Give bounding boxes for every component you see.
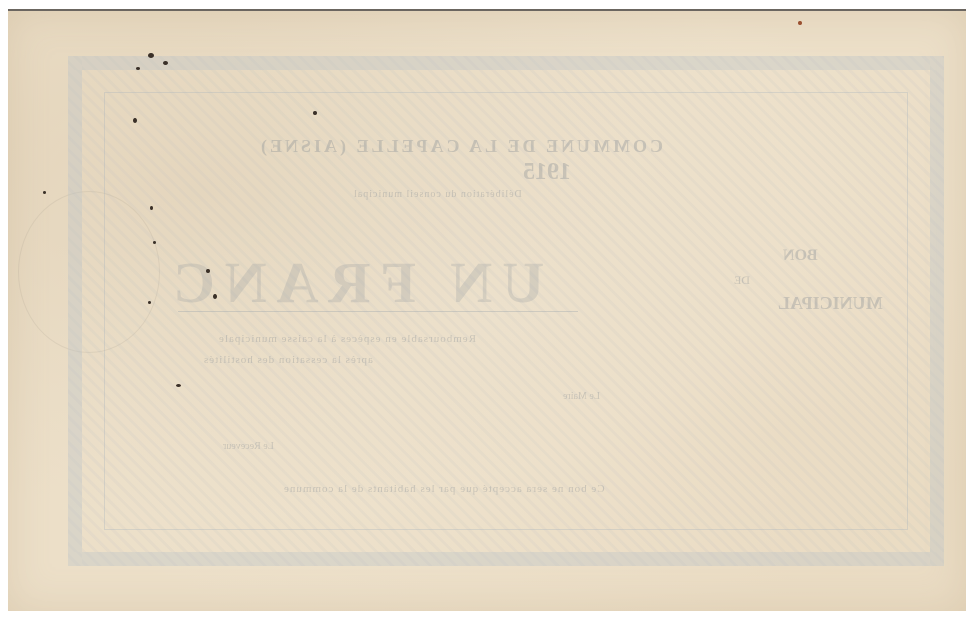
foxing-spot [150, 206, 153, 210]
mirrored-footer-text: Ce bon ne sera accepté que par les habit… [283, 483, 605, 495]
foxing-spot [206, 269, 210, 273]
mirrored-bon-text: BON [783, 247, 818, 265]
foxing-spot [136, 67, 140, 70]
mirrored-body-line-2: après la cessation des hostilités [203, 354, 373, 366]
mirrored-signature-receiver: Le Receveur [223, 441, 274, 452]
mirrored-body-line-1: Remboursable en espèces à la caisse muni… [218, 333, 476, 345]
foxing-spot [798, 21, 802, 25]
mirrored-signature-mayor: Le Maire [563, 391, 600, 402]
mirrored-decree-text: Délibération du conseil municipal [353, 189, 522, 200]
foxing-spot [163, 61, 168, 65]
mirrored-year-text: 1915 [523, 159, 571, 186]
foxing-spot [148, 301, 151, 304]
mirrored-header-text: COMMUNE DE LA CAPELLE (AISNE) [258, 136, 663, 157]
banknote-paper: COMMUNE DE LA CAPELLE (AISNE) 1915 Délib… [8, 9, 966, 611]
mirrored-amount-text: UN FRANC [163, 249, 544, 316]
amount-underline [178, 311, 578, 312]
foxing-spot [313, 111, 317, 115]
foxing-spot [153, 241, 156, 244]
foxing-spot [43, 191, 46, 194]
foxing-spot [133, 118, 137, 123]
mirrored-municipal-text: MUNICIPAL [778, 293, 883, 314]
foxing-spot [148, 53, 154, 58]
mirrored-de-text: DE [734, 273, 750, 288]
foxing-spot [213, 294, 217, 299]
foxing-spot [176, 384, 181, 387]
